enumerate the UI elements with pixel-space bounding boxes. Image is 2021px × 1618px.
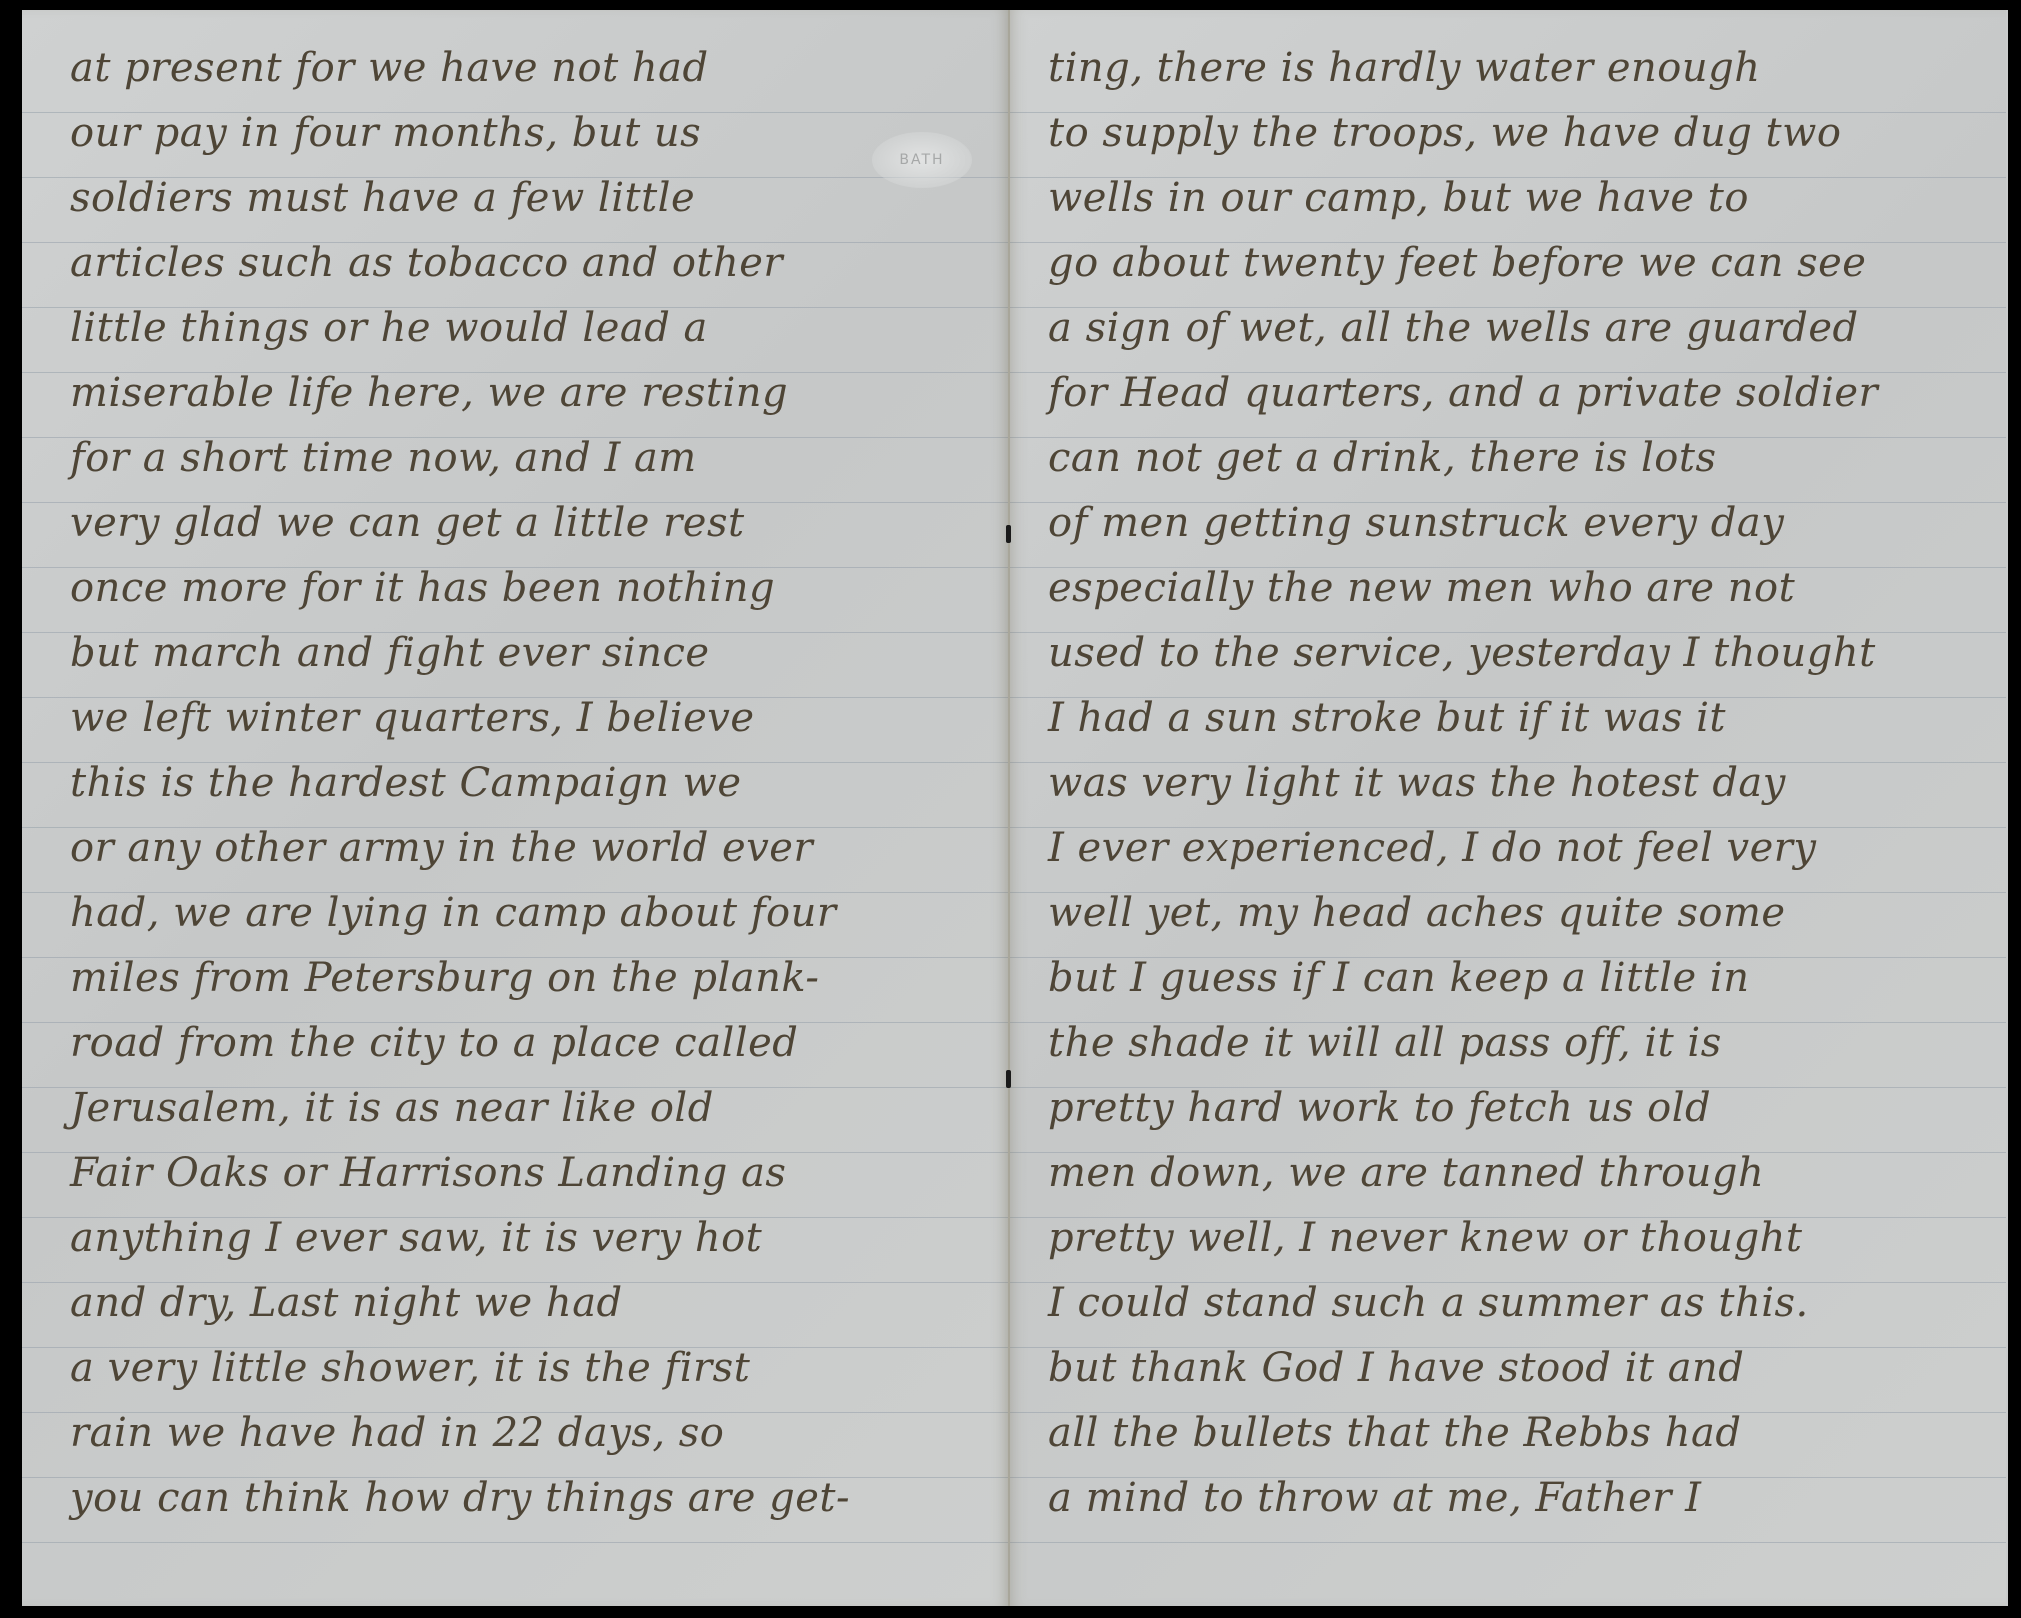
handwritten-line: but march and fight ever since [70,621,968,686]
handwritten-line: soldiers must have a few little [70,166,968,231]
handwritten-line: articles such as tobacco and other [70,231,968,296]
handwritten-line: pretty hard work to fetch us old [1048,1076,1966,1141]
handwritten-line: was very light it was the hotest day [1048,751,1966,816]
handwritten-line: we left winter quarters, I believe [70,686,968,751]
handwritten-line: and dry, Last night we had [70,1271,968,1336]
handwritten-line: especially the new men who are not [1048,556,1966,621]
handwritten-line: very glad we can get a little rest [70,491,968,556]
handwritten-line: go about twenty feet before we can see [1048,231,1966,296]
handwritten-line: well yet, my head aches quite some [1048,881,1966,946]
handwritten-line: ting, there is hardly water enough [1048,36,1966,101]
handwritten-line: had, we are lying in camp about four [70,881,968,946]
right-page-lines: ting, there is hardly water enough to su… [1010,48,2006,1543]
handwritten-line: I ever experienced, I do not feel very [1048,816,1966,881]
handwritten-line: this is the hardest Campaign we [70,751,968,816]
handwritten-line: all the bullets that the Rebbs had [1048,1401,1966,1466]
handwritten-line: Jerusalem, it is as near like old [70,1076,968,1141]
handwritten-line: once more for it has been nothing [70,556,968,621]
handwritten-line: I could stand such a summer as this. [1048,1271,1966,1336]
handwritten-line: a very little shower, it is the first [70,1336,968,1401]
handwritten-line: but I guess if I can keep a little in [1048,946,1966,1011]
handwritten-line: anything I ever saw, it is very hot [70,1206,968,1271]
handwritten-line: to supply the troops, we have dug two [1048,101,1966,166]
handwritten-line: but thank God I have stood it and [1048,1336,1966,1401]
handwritten-line: or any other army in the world ever [70,816,968,881]
left-page: BATH at present for we have not had our … [22,10,1010,1606]
handwritten-line: can not get a drink, there is lots [1048,426,1966,491]
handwritten-line: miles from Petersburg on the plank- [70,946,968,1011]
right-page: ting, there is hardly water enough to su… [1010,10,2006,1606]
handwritten-line: Fair Oaks or Harrisons Landing as [70,1141,968,1206]
handwritten-line: I had a sun stroke but if it was it [1048,686,1966,751]
handwritten-line: of men getting sunstruck every day [1048,491,1966,556]
handwritten-line: a mind to throw at me, Father I [1048,1466,1966,1531]
handwritten-line: rain we have had in 22 days, so [70,1401,968,1466]
handwritten-line: at present for we have not had [70,36,968,101]
handwritten-line: men down, we are tanned through [1048,1141,1966,1206]
letter-spread: BATH at present for we have not had our … [22,10,2008,1606]
handwritten-line: used to the service, yesterday I thought [1048,621,1966,686]
handwritten-line: you can think how dry things are get- [70,1466,968,1531]
handwritten-line: pretty well, I never knew or thought [1048,1206,1966,1271]
handwritten-line: wells in our camp, but we have to [1048,166,1966,231]
handwritten-line: the shade it will all pass off, it is [1048,1011,1966,1076]
handwritten-line: for a short time now, and I am [70,426,968,491]
handwritten-line: little things or he would lead a [70,296,968,361]
handwritten-line: for Head quarters, and a private soldier [1048,361,1966,426]
left-page-lines: at present for we have not had our pay i… [22,48,1008,1543]
handwritten-line: our pay in four months, but us [70,101,968,166]
handwritten-line: a sign of wet, all the wells are guarded [1048,296,1966,361]
handwritten-line: miserable life here, we are resting [70,361,968,426]
handwritten-line: road from the city to a place called [70,1011,968,1076]
